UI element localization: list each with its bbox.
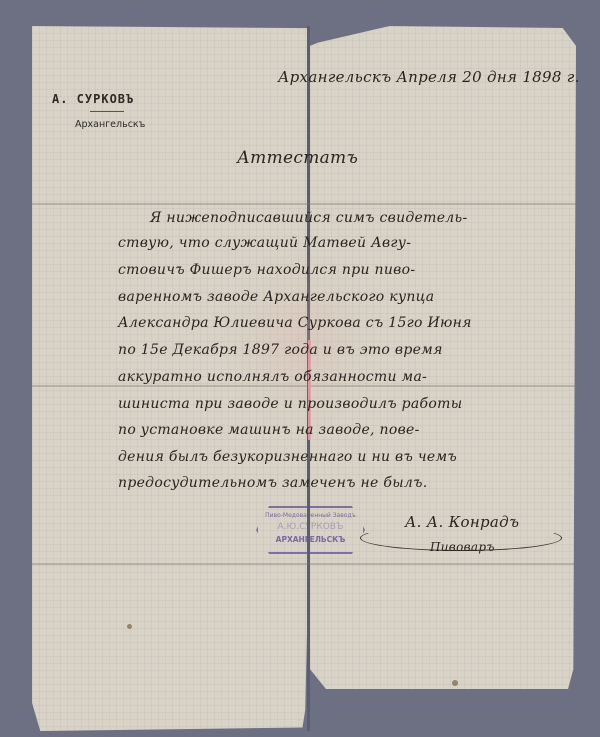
body-line: варенномъ заводе Архангельского купца bbox=[118, 289, 434, 305]
document-title: Аттестатъ bbox=[237, 148, 358, 168]
body-line: Я нижеподписавшийся симъ свидетель- bbox=[150, 210, 467, 226]
body-line: шиниста при заводе и производилъ работы bbox=[118, 396, 462, 412]
fold-line bbox=[32, 203, 577, 205]
body-line: предосудительномъ замеченъ не былъ. bbox=[118, 475, 428, 491]
body-line: ствую, что служащий Матвей Авгу- bbox=[118, 235, 411, 251]
body-line: Александра Юлиевича Суркова съ 15го Июня bbox=[118, 315, 472, 331]
stamp-line: АРХАНГЕЛЬСКЪ bbox=[258, 535, 363, 544]
ink-spot bbox=[452, 680, 458, 686]
stamp-line: А.Ю.СУРКОВЪ bbox=[258, 522, 363, 532]
letterhead-ornament bbox=[90, 111, 124, 112]
body-line: аккуратно исполнялъ обязанности ма- bbox=[118, 369, 427, 385]
letterhead-city: Архангельскъ bbox=[75, 119, 145, 130]
body-line: стовичъ Фишеръ находился при пиво- bbox=[118, 262, 415, 278]
factory-stamp: Пиво-Медоваренный Заводъ А.Ю.СУРКОВЪ АРХ… bbox=[256, 506, 365, 554]
body-line: по установке машинъ на заводе, пове- bbox=[118, 422, 420, 438]
signature-title: Пивоваръ bbox=[430, 540, 495, 554]
body-line: дения былъ безукоризненнаго и ни въ чемъ bbox=[118, 449, 457, 465]
stamp-line: Пиво-Медоваренный Заводъ bbox=[258, 512, 363, 519]
fold-line bbox=[32, 563, 577, 565]
date-line: Архангельскъ Апреля 20 дня 1898 г. bbox=[278, 68, 580, 86]
signature: А. А. Конрадъ bbox=[405, 513, 519, 531]
ink-spot bbox=[127, 624, 132, 629]
letterhead-name: А. СУРКОВЪ bbox=[52, 92, 134, 106]
body-line: по 15е Декабря 1897 года и въ это время bbox=[118, 342, 443, 358]
